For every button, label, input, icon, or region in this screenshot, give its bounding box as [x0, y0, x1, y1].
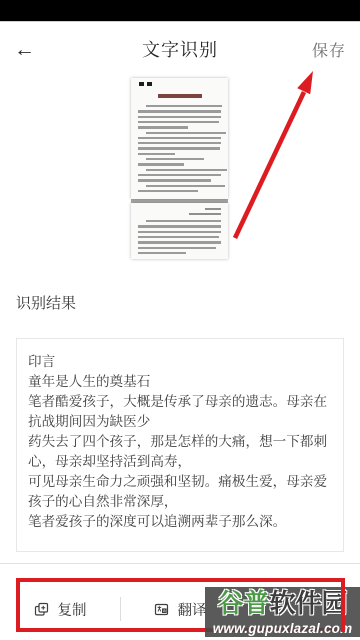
page-corner-mark [139, 82, 144, 86]
document-text-line [138, 241, 221, 243]
document-text-line [138, 231, 221, 233]
watermark-brand-dark: 软件园 [270, 587, 348, 620]
document-text-line [146, 185, 225, 187]
annotation-rectangle-right-edge [341, 578, 345, 632]
status-bar [0, 0, 360, 22]
document-text-line [205, 208, 221, 210]
watermark-brand-green: 谷普 [217, 587, 269, 620]
document-preview[interactable] [131, 78, 228, 259]
result-text-line: 药失去了四个孩子，那是怎样的大痛，想一下都刺 [28, 432, 332, 452]
watermark-brand: 谷普软件园 [205, 587, 360, 620]
document-text-line [189, 213, 221, 215]
document-text-line [138, 126, 188, 128]
document-text-line [138, 190, 198, 192]
document-text-line [138, 121, 219, 123]
result-text-line: 抗战期间因为缺医少 [28, 412, 332, 432]
document-text-line [138, 110, 221, 112]
watermark: 谷普软件园 www.gupuxlazal.com [205, 587, 360, 637]
document-page-1 [131, 78, 228, 199]
document-text-line [138, 137, 221, 139]
document-text-line [146, 132, 226, 134]
document-text-line [146, 220, 221, 222]
save-button[interactable]: 保存 [308, 23, 350, 75]
result-section-label: 识别结果 [16, 292, 76, 313]
document-text-line [138, 116, 221, 118]
result-card: 印言童年是人生的奠基石笔者酷爱孩子，大概是传承了母亲的遗志。母亲在抗战期间因为缺… [16, 338, 344, 552]
page-title: 文字识别 [0, 23, 360, 75]
document-text-line [138, 225, 221, 227]
document-text-line [138, 147, 220, 149]
document-text-line [138, 174, 221, 176]
document-page-2 [131, 203, 228, 259]
document-text-line [146, 169, 227, 171]
document-text-line [138, 163, 184, 165]
result-text-line: 童年是人生的奠基石 [28, 372, 332, 392]
header: 文字识别 ← 保存 [0, 23, 360, 75]
document-text-line [138, 247, 216, 249]
document-text-line [138, 236, 219, 238]
document-text-line [146, 158, 204, 160]
back-arrow-icon: ← [14, 38, 35, 62]
document-text-line [138, 153, 175, 155]
page-corner-mark [147, 82, 152, 86]
document-text-line [138, 142, 221, 144]
document-mini-title [158, 94, 202, 98]
result-text-line: 心，母亲却坚持活到高寿， [28, 452, 332, 472]
result-text-line: 笔者爱孩子的深度可以追溯两辈子那么深。 [28, 512, 332, 532]
result-text-line: 印言 [28, 352, 332, 372]
result-text-line: 笔者酷爱孩子，大概是传承了母亲的遗志。母亲在 [28, 392, 332, 412]
watermark-url: www.gupuxlazal.com [205, 620, 360, 637]
document-text-line [138, 252, 186, 254]
document-text-line [146, 105, 222, 107]
result-text-line: 孩子的心自然非常深厚， [28, 492, 332, 512]
document-text-line [138, 179, 211, 181]
result-text-line: 可见母亲生命力之顽强和坚韧。痛极生爱，母亲爱 [28, 472, 332, 492]
back-button[interactable]: ← [14, 35, 44, 65]
